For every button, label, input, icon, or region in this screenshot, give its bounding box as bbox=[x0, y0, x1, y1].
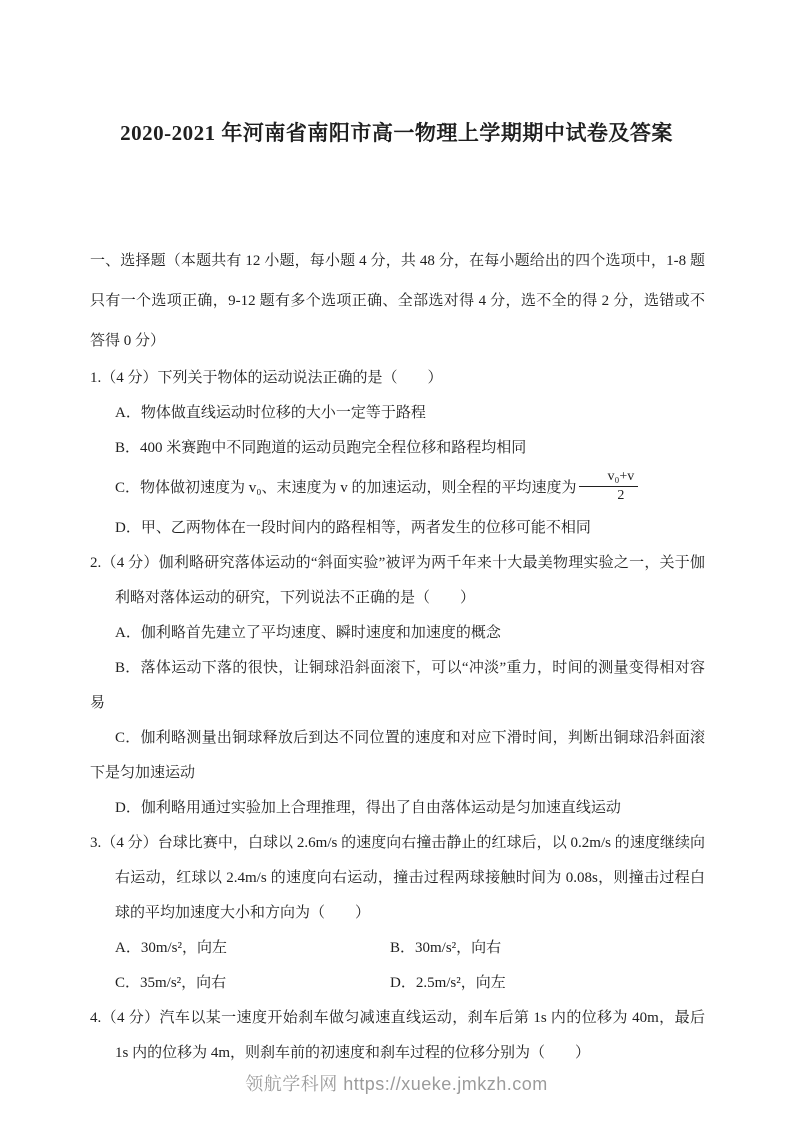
question-2-option-a: A．伽利略首先建立了平均速度、瞬时速度和加速度的概念 bbox=[90, 616, 705, 651]
question-3-option-d: D．2.5m/s²，向左 bbox=[365, 966, 705, 1001]
question-1-option-b: B．400 米赛跑中不同跑道的运动员跑完全程位移和路程均相同 bbox=[90, 431, 705, 466]
question-1-stem: 1.（4 分）下列关于物体的运动说法正确的是（ ） bbox=[90, 361, 705, 396]
watermark-footer: 领航学科网 https://xueke.jmkzh.com bbox=[0, 1070, 793, 1096]
question-1-option-c: C．物体做初速度为 v₀、末速度为 v 的加速运动，则全程的平均速度为v₀+v2 bbox=[90, 466, 705, 511]
document-title: 2020-2021 年河南省南阳市高一物理上学期期中试卷及答案 bbox=[60, 118, 733, 148]
question-1-option-d: D．甲、乙两物体在一段时间内的路程相等，两者发生的位移可能不相同 bbox=[90, 511, 705, 546]
question-3: 3.（4 分）台球比赛中，白球以 2.6m/s 的速度向右撞击静止的红球后，以 … bbox=[90, 826, 705, 1001]
document-body: 一、选择题（本题共有 12 小题，每小题 4 分，共 48 分，在每小题给出的四… bbox=[90, 241, 705, 1071]
fraction-denominator: 2 bbox=[579, 487, 639, 504]
document-page: 2020-2021 年河南省南阳市高一物理上学期期中试卷及答案 一、选择题（本题… bbox=[0, 0, 793, 1122]
question-3-option-a: A．30m/s²，向左 bbox=[90, 931, 365, 966]
fraction-numerator: v₀+v bbox=[579, 469, 639, 487]
question-4: 4.（4 分）汽车以某一速度开始刹车做匀减速直线运动，刹车后第 1s 内的位移为… bbox=[90, 1001, 705, 1071]
question-2-stem: 2.（4 分）伽利略研究落体运动的“斜面实验”被评为两千年来十大最美物理实验之一… bbox=[90, 546, 705, 616]
question-2: 2.（4 分）伽利略研究落体运动的“斜面实验”被评为两千年来十大最美物理实验之一… bbox=[90, 546, 705, 826]
question-3-option-c: C．35m/s²，向右 bbox=[90, 966, 365, 1001]
question-3-option-b: B．30m/s²，向右 bbox=[365, 931, 705, 966]
question-1: 1.（4 分）下列关于物体的运动说法正确的是（ ） A．物体做直线运动时位移的大… bbox=[90, 361, 705, 546]
average-velocity-fraction: v₀+v2 bbox=[579, 469, 639, 504]
question-4-stem: 4.（4 分）汽车以某一速度开始刹车做匀减速直线运动，刹车后第 1s 内的位移为… bbox=[90, 1001, 705, 1071]
question-2-option-b: B．落体运动下落的很快，让铜球沿斜面滚下，可以“冲淡”重力，时间的测量变得相对容… bbox=[90, 651, 705, 721]
question-3-options: A．30m/s²，向左 B．30m/s²，向右 C．35m/s²，向右 D．2.… bbox=[90, 931, 705, 1001]
question-2-option-d: D．伽利略用通过实验加上合理推理，得出了自由落体运动是匀加速直线运动 bbox=[90, 791, 705, 826]
question-1-option-c-text: C．物体做初速度为 v₀、末速度为 v 的加速运动，则全程的平均速度为 bbox=[115, 480, 577, 496]
question-3-stem: 3.（4 分）台球比赛中，白球以 2.6m/s 的速度向右撞击静止的红球后，以 … bbox=[90, 826, 705, 931]
section-intro: 一、选择题（本题共有 12 小题，每小题 4 分，共 48 分，在每小题给出的四… bbox=[90, 241, 705, 361]
question-1-option-a: A．物体做直线运动时位移的大小一定等于路程 bbox=[90, 396, 705, 431]
question-2-option-c: C．伽利略测量出铜球释放后到达不同位置的速度和对应下滑时间，判断出铜球沿斜面滚下… bbox=[90, 721, 705, 791]
